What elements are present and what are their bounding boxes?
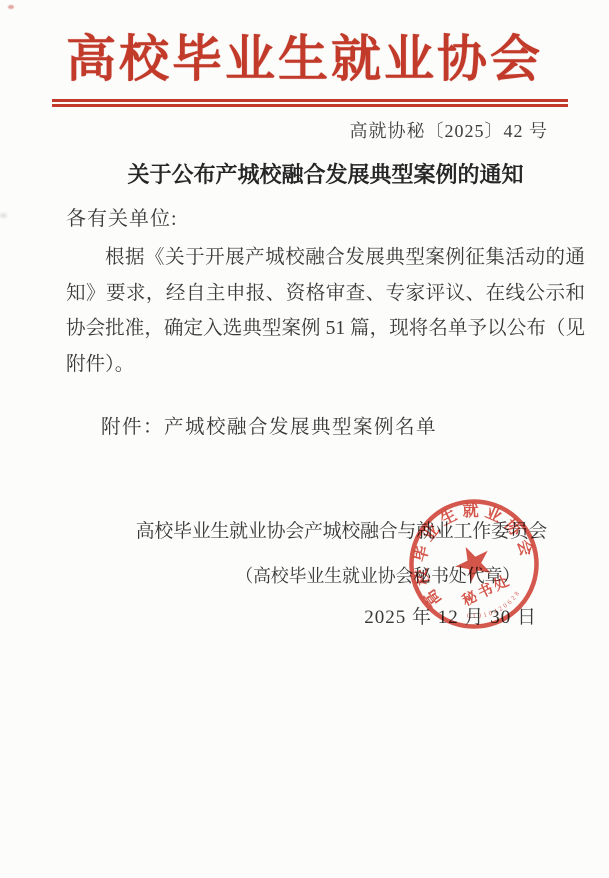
body-line: 协会批准，确定入选典型案例 51 篇，现将名单予以公布（见 [66, 311, 585, 347]
scan-artifact [0, 213, 7, 218]
letterhead-divider-top [52, 99, 568, 102]
attachment-line: 附件：产城校融合发展典型案例名单 [66, 415, 585, 440]
notice-title: 关于公布产城校融合发展典型案例的通知 [66, 162, 585, 188]
document-number: 高就协秘〔2025〕42 号 [350, 120, 549, 142]
body-line: 知》要求，经自主申报、资格审查、专家评议、在线公示和 [66, 276, 585, 312]
official-seal: 高校毕业生就业协会 秘书处 01010420628 [360, 450, 587, 677]
body-line: 附件）。 [66, 347, 585, 383]
document-page: 高校毕业生就业协会 高就协秘〔2025〕42 号 关于公布产城校融合发展典型案例… [0, 0, 609, 878]
star-icon [449, 539, 497, 586]
notice-body: 根据《关于开展产城校融合发展典型案例征集活动的通 知》要求，经自主申报、资格审查… [66, 240, 585, 382]
letterhead-divider-bottom [52, 104, 568, 107]
scan-artifact [8, 5, 14, 9]
salutation: 各有关单位: [66, 207, 178, 232]
body-line: 根据《关于开展产城校融合发展典型案例征集活动的通 [66, 240, 585, 276]
letterhead-org-name: 高校毕业生就业协会 [0, 30, 609, 88]
